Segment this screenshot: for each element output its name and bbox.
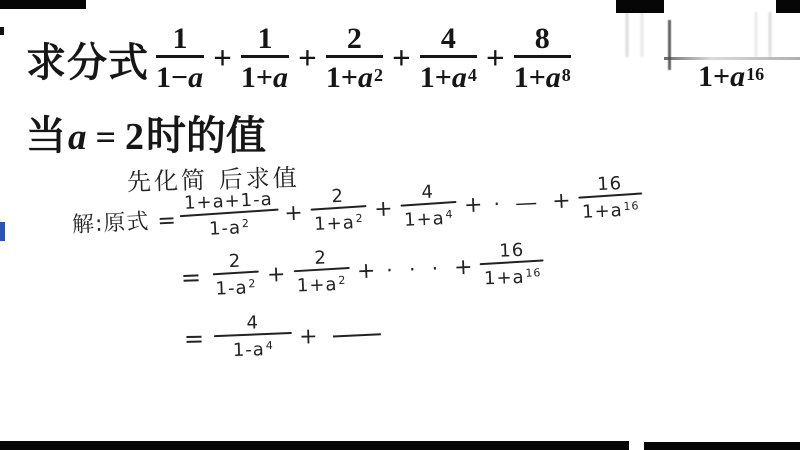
unfinished-fraction-bar xyxy=(332,333,380,337)
variable-a: a xyxy=(68,116,87,159)
fraction: 16 1+a16 xyxy=(578,173,642,224)
denominator-base: 1-a xyxy=(233,339,265,361)
fraction-numerator: 4 xyxy=(246,313,259,333)
denominator-base: 1+ xyxy=(698,60,730,93)
denominator-base: 1-a xyxy=(209,218,242,240)
fraction-numerator: 2 xyxy=(347,23,362,55)
fraction-numerator: 16 xyxy=(499,241,525,262)
exponent: 4 xyxy=(445,208,454,221)
fraction-numerator: 8 xyxy=(535,23,550,55)
equals-sign: = xyxy=(96,116,117,158)
plus-sign: + xyxy=(298,43,317,76)
fraction-numerator: 16 xyxy=(597,174,623,195)
plus-sign: + xyxy=(392,43,411,76)
plus-sign: + xyxy=(284,200,304,226)
denominator-base: 1+a xyxy=(314,212,355,235)
fraction-numerator: 2 xyxy=(331,187,344,208)
letterbox-bar-top-left xyxy=(0,0,86,9)
variable-a: a xyxy=(358,61,373,94)
plus-sign: + xyxy=(213,43,232,76)
exponent: 16 xyxy=(746,64,764,84)
fraction-denominator: 1+a8 xyxy=(514,58,571,95)
fraction: 2 1+a2 xyxy=(294,248,349,298)
fraction: 4 1+a4 xyxy=(400,182,456,233)
fraction-numerator: 2 xyxy=(314,248,327,268)
fraction-denominator: 1+a2 xyxy=(326,58,383,95)
equals-sign: = xyxy=(180,263,201,292)
condition-value: 2 xyxy=(125,115,144,159)
variable-a: a xyxy=(452,61,467,94)
denominator-base: 1− xyxy=(156,61,188,94)
fraction-denominator: 1+a16 xyxy=(483,262,542,290)
plus-sign: + xyxy=(356,258,375,284)
fraction-numerator: 1 xyxy=(257,23,272,55)
exponent: 4 xyxy=(266,339,274,352)
fraction: 2 1-a2 xyxy=(212,251,259,301)
fraction-denominator: 1+a2 xyxy=(314,208,365,236)
fraction-numerator: 1 xyxy=(173,23,188,55)
denominator-base: 1-a xyxy=(215,278,248,300)
fraction: 1+a+1-a 1-a2 xyxy=(182,190,277,242)
exponent: 4 xyxy=(468,65,477,85)
plus-sign: + xyxy=(374,196,394,222)
variable-a: a xyxy=(273,61,288,94)
fraction-denominator: 1−a xyxy=(156,58,204,95)
condition-pre-text: 当 xyxy=(26,104,66,161)
condition-line: 当a=2时的值 xyxy=(26,104,266,161)
fraction: 16 1+a16 xyxy=(481,240,544,291)
letterbox-bar-bottom-right xyxy=(644,442,800,450)
equals-sign: = xyxy=(184,325,205,353)
variable-a: a xyxy=(188,61,203,94)
ellipsis: · ― xyxy=(493,190,542,216)
fraction-denominator: 1-a4 xyxy=(233,335,275,362)
exponent: 16 xyxy=(623,199,640,213)
fraction: 4 1-a4 xyxy=(216,313,291,363)
ghost-streak xyxy=(641,12,643,57)
letterbox-bar-top-right-a xyxy=(616,0,664,13)
fraction-denominator: 1+a4 xyxy=(403,204,454,232)
ghost-streak xyxy=(626,12,628,57)
fraction: 2 1+a2 xyxy=(311,186,367,237)
condition-post-text: 时的值 xyxy=(146,104,266,161)
denominator-base: 1+ xyxy=(420,61,452,94)
denominator-base: 1+ xyxy=(241,61,273,94)
blue-marker xyxy=(0,222,5,241)
fraction-denominator: 1+a16 xyxy=(581,195,640,224)
fraction-denominator: 1+a2 xyxy=(296,270,347,298)
ellipsis: · · · xyxy=(386,256,444,282)
faded-plus-remnant xyxy=(668,20,671,70)
denominator-base: 1+a xyxy=(404,208,445,231)
problem-statement: 求分式 1 1−a + 1 1+a + 2 1+a2 + 4 1+a4 + 8 xyxy=(26,23,574,95)
plus-sign: + xyxy=(454,254,473,280)
exponent: 8 xyxy=(562,65,571,85)
solution-prefix: 解:原式 = xyxy=(71,203,177,239)
letterbox-bar-bottom-left xyxy=(0,441,629,450)
fraction-1-over-1-minus-a: 1 1−a xyxy=(153,23,207,95)
fraction-8-over-1-plus-a8: 8 1+a8 xyxy=(511,23,574,95)
exponent: 2 xyxy=(242,217,251,230)
fraction-numerator: 4 xyxy=(421,183,434,204)
problem-lead-text: 求分式 xyxy=(26,31,149,88)
denominator-base: 1+a xyxy=(484,267,525,290)
plus-sign: + xyxy=(267,262,286,288)
fraction-4-over-1-plus-a4: 4 1+a4 xyxy=(417,23,480,95)
denominator-base: 1+ xyxy=(326,61,358,94)
exponent: 2 xyxy=(374,65,383,85)
fraction-denominator: 1-a2 xyxy=(208,213,250,241)
exponent: 16 xyxy=(525,266,541,280)
exponent: 2 xyxy=(248,277,256,290)
left-edge-tick xyxy=(0,27,4,35)
solution-line-2: = 2 1-a2 + 2 1+a2 + · · · + 16 1+a16 xyxy=(180,240,544,302)
plus-sign: + xyxy=(299,324,318,349)
whiteboard-canvas: 求分式 1 1−a + 1 1+a + 2 1+a2 + 4 1+a4 + 8 xyxy=(0,0,800,450)
ghost-streak xyxy=(769,12,771,57)
denominator-base: 1+a xyxy=(297,274,338,297)
exponent: 2 xyxy=(355,212,364,225)
fraction-numerator: 4 xyxy=(441,23,456,55)
solution-line-3: = 4 1-a4 + xyxy=(183,311,381,363)
ghost-streak xyxy=(755,12,757,57)
fraction-2-over-1-plus-a2: 2 1+a2 xyxy=(323,23,386,95)
letterbox-bar-top-right-b xyxy=(776,0,800,13)
plus-sign: + xyxy=(552,188,572,214)
variable-a: a xyxy=(546,61,561,94)
fraction-denominator: 1-a2 xyxy=(215,273,257,301)
denominator-base: 1+a xyxy=(582,200,623,223)
plus-sign: + xyxy=(464,192,484,218)
exponent: 2 xyxy=(338,274,346,287)
fraction-numerator: 2 xyxy=(228,252,241,272)
denominator-base: 1+ xyxy=(514,61,546,94)
variable-a: a xyxy=(730,60,745,93)
fraction-denominator: 1+a4 xyxy=(420,58,477,95)
faded-fraction-denominator: 1+a16 xyxy=(698,60,764,94)
plus-sign: + xyxy=(486,43,505,76)
fraction-denominator: 1+a xyxy=(241,58,289,95)
fraction-1-over-1-plus-a: 1 1+a xyxy=(238,23,292,95)
